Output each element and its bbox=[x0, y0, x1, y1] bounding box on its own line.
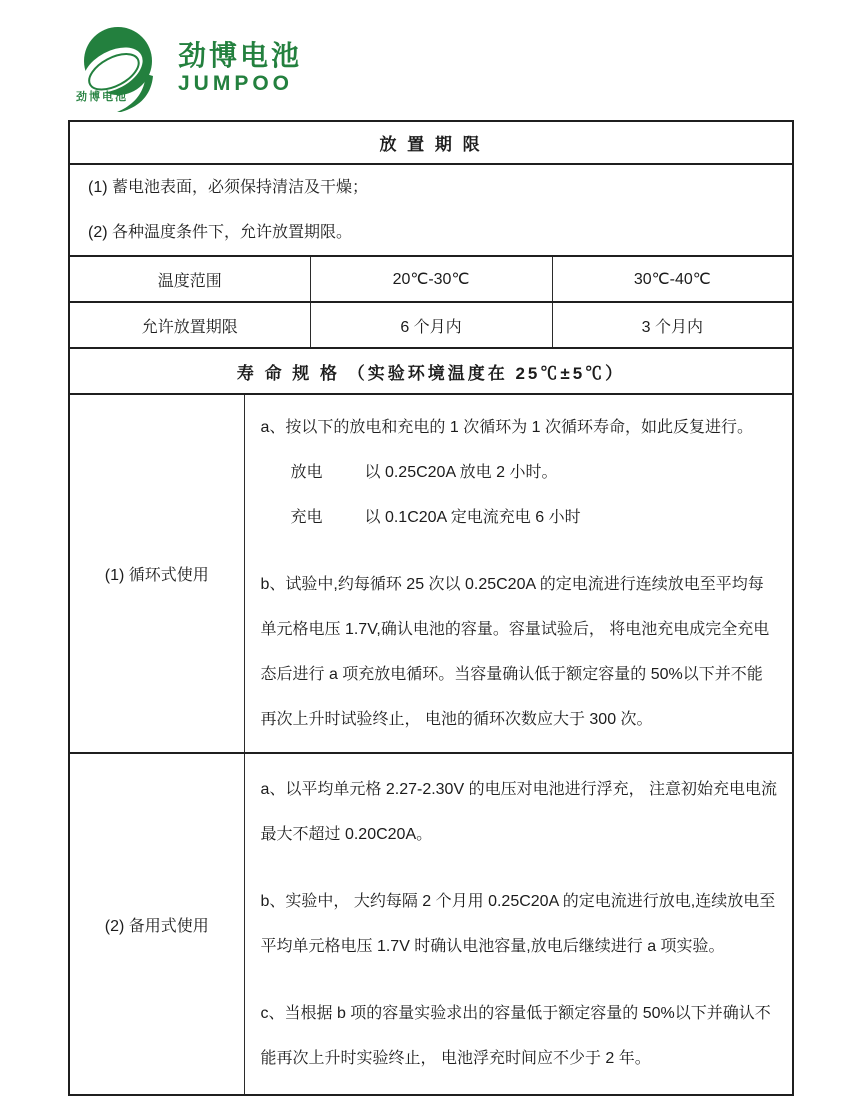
charge-label: 充电 bbox=[291, 495, 365, 540]
standby-item-b: b、实验中， 大约每隔 2 个月用 0.25C20A 的定电流进行放电,连续放电… bbox=[261, 879, 779, 969]
standby-use-row: (2) 备用式使用 a、以平均单元格 2.27-2.30V 的电压对电池进行浮充… bbox=[69, 753, 793, 1095]
storage-title-row: 放 置 期 限 bbox=[69, 121, 793, 164]
storage-period-value-2: 3 个月内 bbox=[552, 302, 793, 348]
storage-note-2: (2) 各种温度条件下，允许放置期限。 bbox=[88, 210, 792, 255]
charge-text: 以 0.1C20A 定电流充电 6 小时 bbox=[365, 509, 581, 526]
life-title: 寿 命 规 格 （实验环境温度在 25℃±5℃） bbox=[69, 348, 793, 394]
standby-use-label: (2) 备用式使用 bbox=[69, 753, 244, 1095]
storage-notes-cell: (1) 蓄电池表面，必须保持清洁及干燥； (2) 各种温度条件下，允许放置期限。 bbox=[69, 164, 793, 256]
temperature-range-row: 温度范围 20℃-30℃ 30℃-40℃ bbox=[69, 256, 793, 302]
standby-item-c: c、当根据 b 项的容量实验求出的容量低于额定容量的 50%以下并确认不能再次上… bbox=[261, 991, 779, 1081]
discharge-text: 以 0.25C20A 放电 2 小时。 bbox=[365, 464, 558, 481]
cycle-use-label: (1) 循环式使用 bbox=[69, 394, 244, 753]
cycle-charge-line: 充电以 0.1C20A 定电流充电 6 小时 bbox=[291, 495, 779, 540]
storage-note-1: (1) 蓄电池表面，必须保持清洁及干燥； bbox=[88, 165, 792, 210]
cycle-item-b: b、试验中,约每循环 25 次以 0.25C20A 的定电流进行连续放电至平均每… bbox=[261, 562, 779, 742]
cycle-use-content: a、按以下的放电和充电的 1 次循环为 1 次循环寿命，如此反复进行。 放电以 … bbox=[244, 394, 793, 753]
spec-table: 放 置 期 限 (1) 蓄电池表面，必须保持清洁及干燥； (2) 各种温度条件下… bbox=[68, 120, 794, 1096]
brand-name-en: JUMPOO bbox=[178, 72, 302, 96]
discharge-label: 放电 bbox=[291, 450, 365, 495]
life-title-row: 寿 命 规 格 （实验环境温度在 25℃±5℃） bbox=[69, 348, 793, 394]
standby-use-content: a、以平均单元格 2.27-2.30V 的电压对电池进行浮充， 注意初始充电电流… bbox=[244, 753, 793, 1095]
storage-title: 放 置 期 限 bbox=[69, 121, 793, 164]
standby-item-a: a、以平均单元格 2.27-2.30V 的电压对电池进行浮充， 注意初始充电电流… bbox=[261, 767, 779, 857]
temp-range-label: 温度范围 bbox=[69, 256, 310, 302]
storage-period-label: 允许放置期限 bbox=[69, 302, 310, 348]
jumpoo-logo-icon: 劲博电池 bbox=[72, 24, 168, 112]
cycle-discharge-line: 放电以 0.25C20A 放电 2 小时。 bbox=[291, 450, 779, 495]
brand-header: 劲博电池 劲博电池 JUMPOO bbox=[72, 24, 302, 112]
brand-text: 劲博电池 JUMPOO bbox=[178, 24, 302, 96]
document-page: 劲博电池 劲博电池 JUMPOO 放 置 期 限 (1) 蓄电池表面，必须保持清… bbox=[0, 0, 860, 1117]
storage-period-row: 允许放置期限 6 个月内 3 个月内 bbox=[69, 302, 793, 348]
cycle-item-a: a、按以下的放电和充电的 1 次循环为 1 次循环寿命，如此反复进行。 bbox=[261, 405, 779, 450]
storage-notes-row: (1) 蓄电池表面，必须保持清洁及干燥； (2) 各种温度条件下，允许放置期限。 bbox=[69, 164, 793, 256]
brand-name-cn: 劲博电池 bbox=[178, 40, 302, 72]
temp-range-value-2: 30℃-40℃ bbox=[552, 256, 793, 302]
cycle-use-row: (1) 循环式使用 a、按以下的放电和充电的 1 次循环为 1 次循环寿命，如此… bbox=[69, 394, 793, 753]
logo-caption: 劲博电池 bbox=[76, 88, 128, 104]
storage-period-value-1: 6 个月内 bbox=[310, 302, 552, 348]
temp-range-value-1: 20℃-30℃ bbox=[310, 256, 552, 302]
